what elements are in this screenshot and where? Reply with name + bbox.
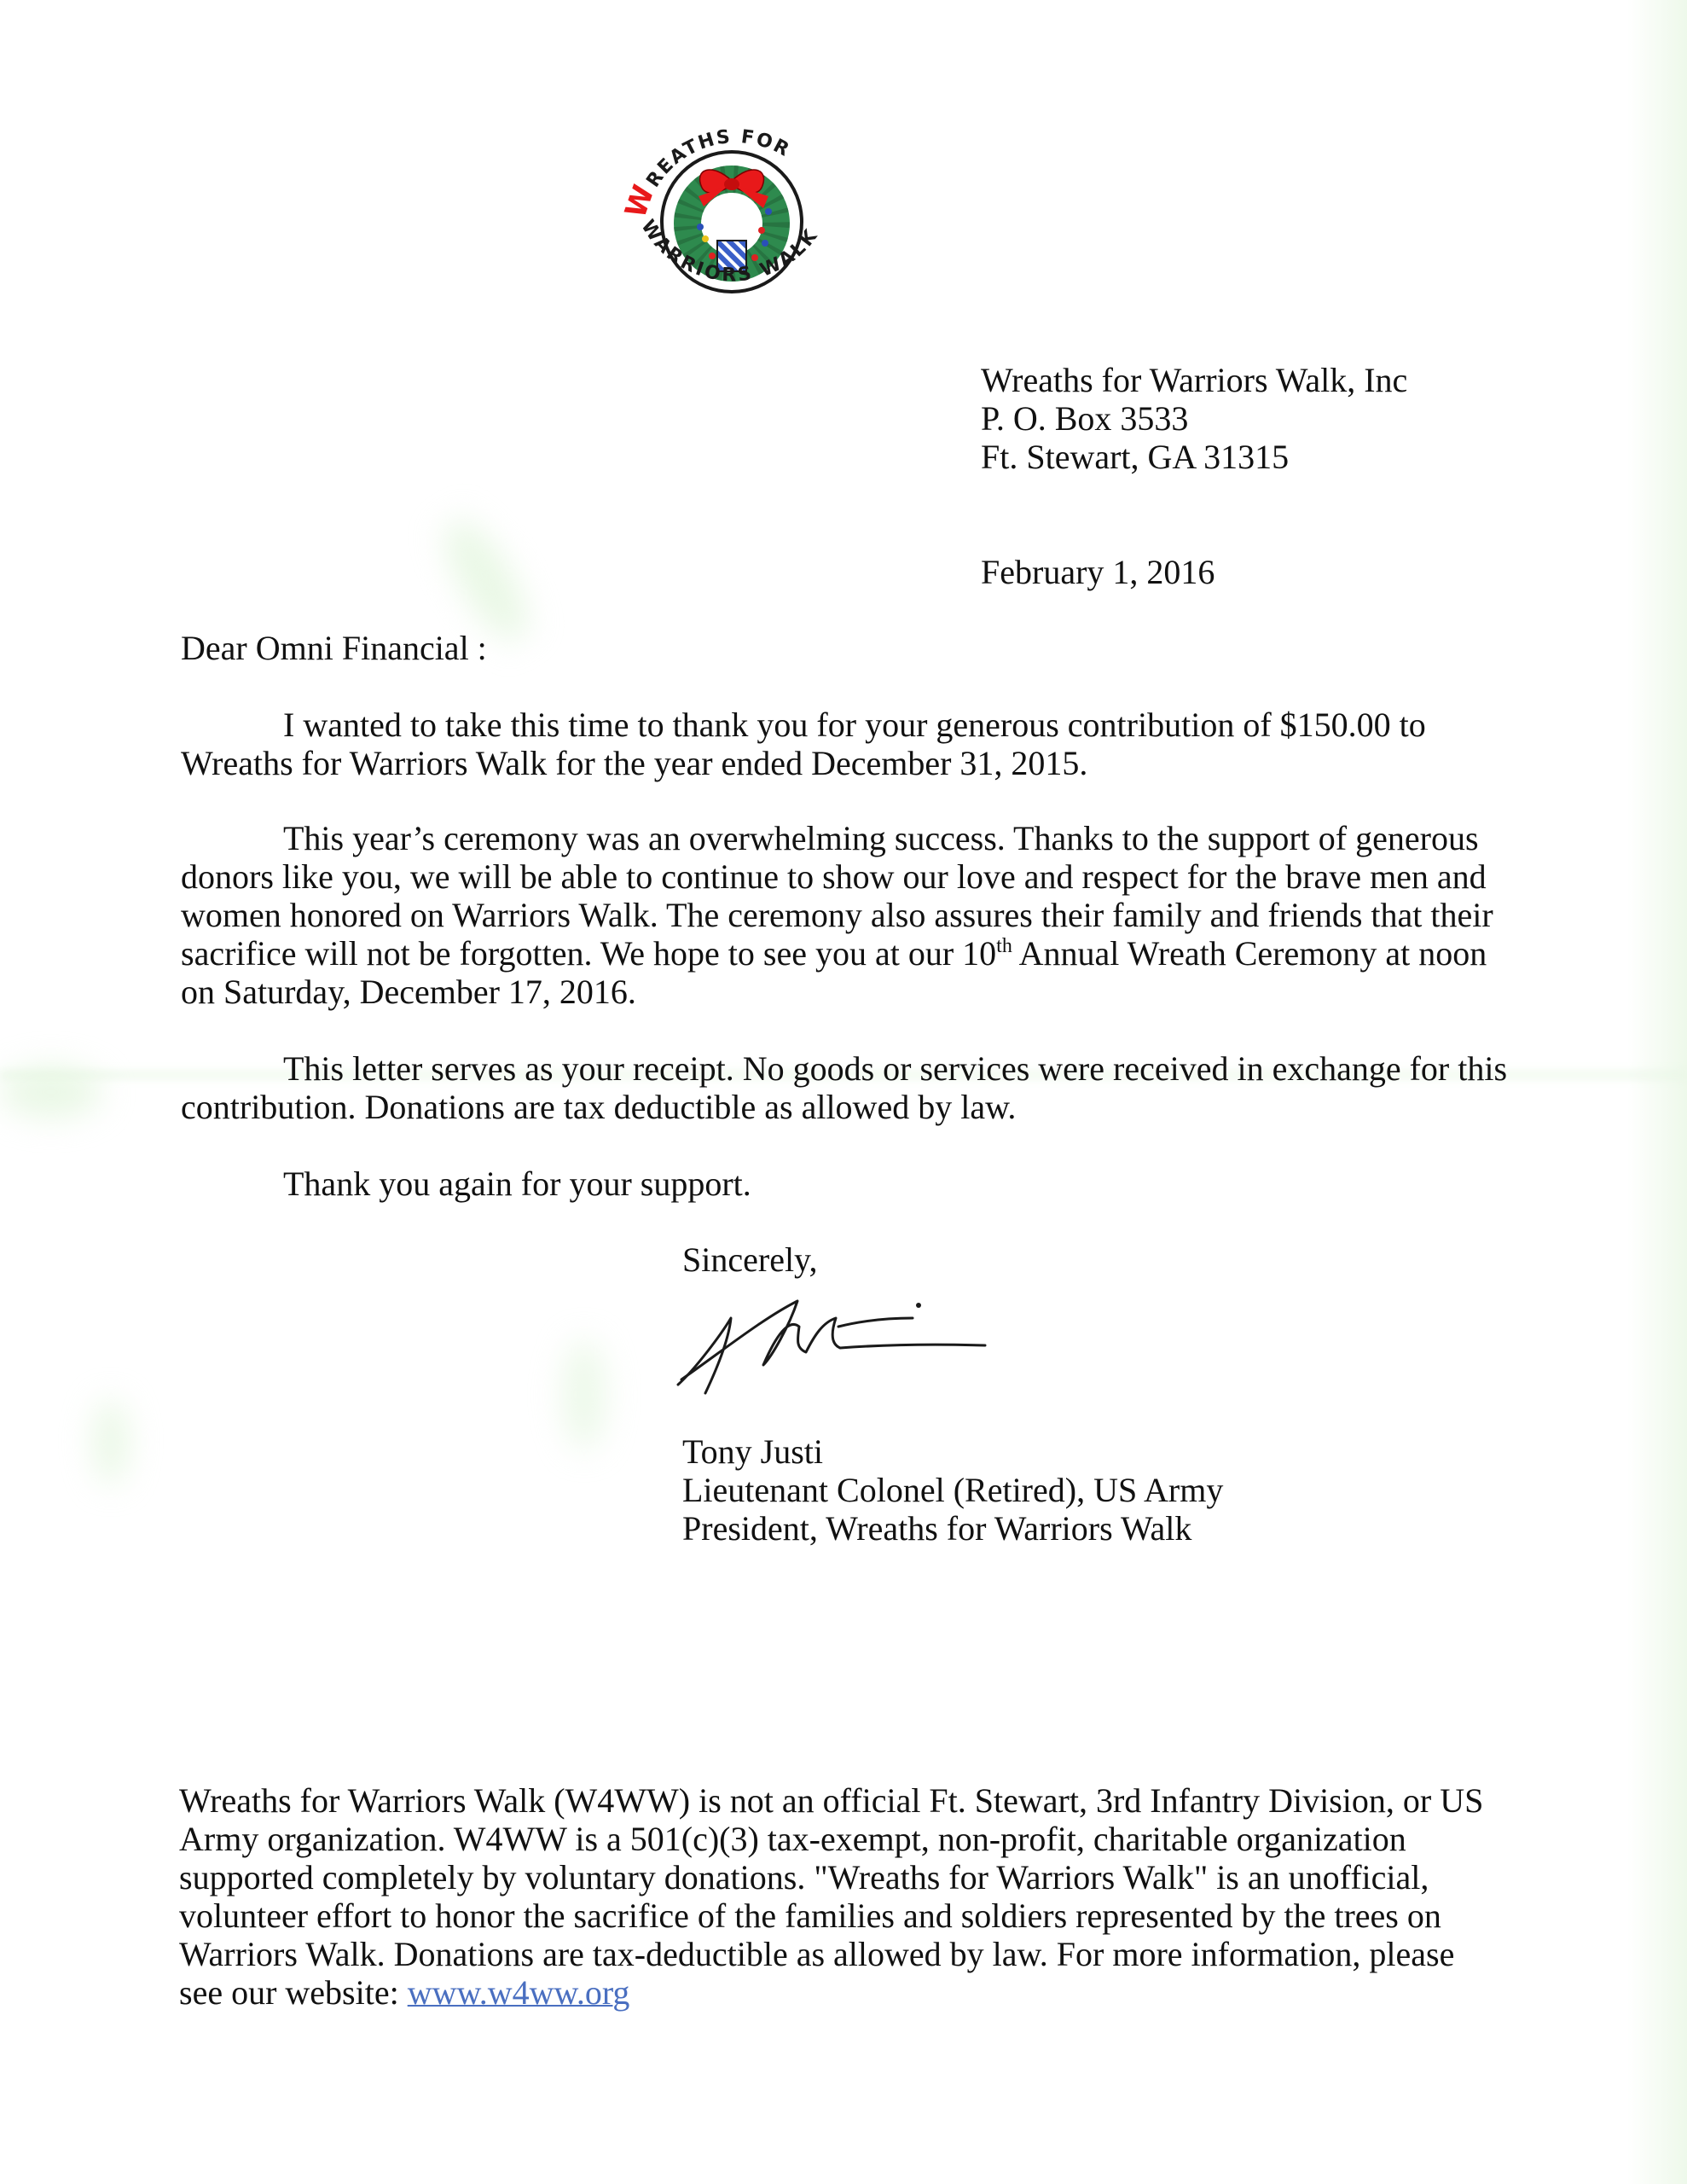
paragraph-line: sacrifice will not be forgotten. We hope…	[181, 934, 1493, 973]
signer-title: Lieutenant Colonel (Retired), US Army	[682, 1471, 1223, 1509]
signer-block: Tony Justi Lieutenant Colonel (Retired),…	[682, 1432, 1223, 1548]
paragraph-line: donors like you, we will be able to cont…	[181, 857, 1493, 896]
scan-smudge	[94, 1399, 128, 1484]
body-paragraph-3: This letter serves as your receipt. No g…	[181, 1049, 1507, 1126]
footer-line: Warriors Walk. Donations are tax-deducti…	[179, 1935, 1483, 1973]
paragraph-line: on Saturday, December 17, 2016.	[181, 973, 1493, 1011]
footer-line: see our website: www.w4ww.org	[179, 1973, 1483, 2012]
signer-name: Tony Justi	[682, 1432, 1223, 1471]
letter-date: February 1, 2016	[981, 553, 1215, 591]
address-line: Wreaths for Warriors Walk, Inc	[981, 361, 1407, 399]
footer-line: Wreaths for Warriors Walk (W4WW) is not …	[179, 1781, 1483, 1820]
valediction: Sincerely,	[682, 1240, 817, 1279]
paragraph-line: contribution. Donations are tax deductib…	[181, 1088, 1507, 1126]
footer-line: supported completely by voluntary donati…	[179, 1858, 1483, 1896]
scan-smudge	[563, 1339, 606, 1450]
footer-disclaimer: Wreaths for Warriors Walk (W4WW) is not …	[179, 1781, 1483, 2012]
salutation: Dear Omni Financial :	[181, 629, 487, 667]
text-run: Annual Wreath Ceremony at noon	[1012, 934, 1487, 973]
paragraph-line: This letter serves as your receipt. No g…	[181, 1049, 1507, 1088]
signer-role: President, Wreaths for Warriors Walk	[682, 1509, 1223, 1548]
address-line: Ft. Stewart, GA 31315	[981, 438, 1407, 476]
paragraph-line: Wreaths for Warriors Walk for the year e…	[181, 744, 1426, 782]
body-paragraph-1: I wanted to take this time to thank you …	[181, 706, 1426, 782]
body-paragraph-2: This year’s ceremony was an overwhelming…	[181, 819, 1493, 1011]
address-line: P. O. Box 3533	[981, 399, 1407, 438]
ordinal-suffix: th	[996, 935, 1012, 957]
footer-line: volunteer effort to honor the sacrifice …	[179, 1896, 1483, 1935]
letter-page: WREATHS FOR WARRIORS WALK Wreaths for Wa…	[0, 0, 1687, 2184]
paragraph-line: This year’s ceremony was an overwhelming…	[181, 819, 1493, 857]
website-link[interactable]: www.w4ww.org	[408, 1973, 630, 2012]
sender-address: Wreaths for Warriors Walk, Inc P. O. Box…	[981, 361, 1407, 476]
paragraph-line: I wanted to take this time to thank you …	[181, 706, 1426, 744]
paragraph-line: women honored on Warriors Walk. The cere…	[181, 896, 1493, 934]
signature-icon	[670, 1284, 1028, 1412]
body-paragraph-4: Thank you again for your support.	[283, 1165, 751, 1203]
text-run: see our website:	[179, 1973, 408, 2012]
footer-line: Army organization. W4WW is a 501(c)(3) t…	[179, 1820, 1483, 1858]
text-run: sacrifice will not be forgotten. We hope…	[181, 934, 996, 973]
scan-tint-right-edge	[1627, 0, 1687, 2184]
wreaths-for-warriors-walk-logo: WREATHS FOR WARRIORS WALK	[618, 102, 849, 337]
